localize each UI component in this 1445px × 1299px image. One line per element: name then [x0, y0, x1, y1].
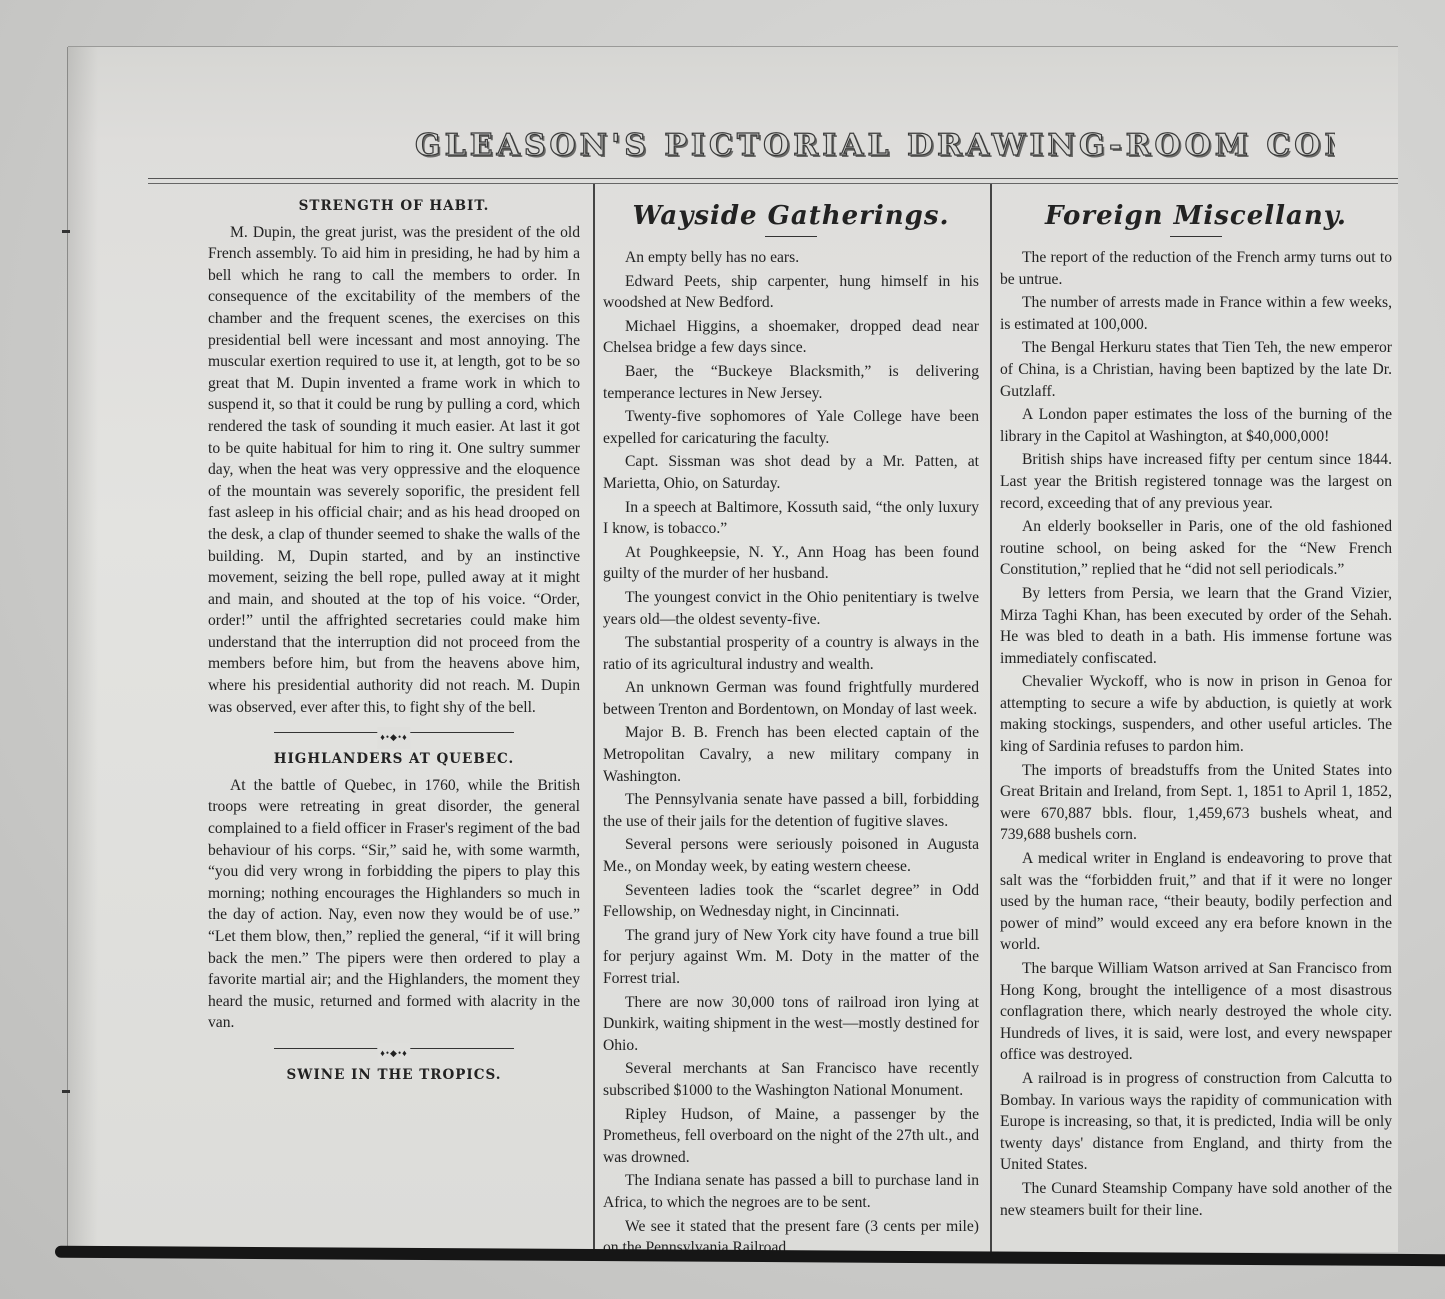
- news-item: Several persons were seriously poisoned …: [603, 834, 979, 877]
- ornamental-divider: ♦•◆•♦: [274, 1048, 514, 1055]
- ornamental-divider: ♦•◆•♦: [274, 732, 514, 739]
- column-middle: Wayside Gatherings. An empty belly has n…: [603, 200, 979, 1261]
- news-item: Michael Higgins, a shoemaker, dropped de…: [603, 316, 979, 359]
- ornament-icon: ♦•◆•♦: [377, 1043, 410, 1065]
- title-underline: [1170, 236, 1222, 237]
- news-item: An empty belly has no ears.: [603, 247, 979, 269]
- section-title: Foreign Miscellany.: [1000, 200, 1392, 232]
- news-item: Ripley Hudson, of Maine, a passenger by …: [603, 1104, 979, 1169]
- torn-edge-mark: [62, 230, 70, 233]
- news-item: Several merchants at San Francisco have …: [603, 1058, 979, 1101]
- news-item: A medical writer in England is endeavori…: [1000, 848, 1392, 956]
- column-divider: [990, 184, 992, 1254]
- news-item: By letters from Persia, we learn that th…: [1000, 583, 1392, 669]
- news-item: A London paper estimates the loss of the…: [1000, 404, 1392, 447]
- article-heading: HIGHLANDERS AT QUEBEC.: [208, 749, 580, 771]
- news-item: An unknown German was found frightfully …: [603, 677, 979, 720]
- title-underline: [765, 236, 817, 237]
- column-right: Foreign Miscellany. The report of the re…: [1000, 200, 1392, 1223]
- news-item: Seventeen ladies took the “scarlet degre…: [603, 880, 979, 923]
- section-title: Wayside Gatherings.: [603, 200, 979, 232]
- news-item: The barque William Watson arrived at San…: [1000, 958, 1392, 1066]
- article-paragraph: At the battle of Quebec, in 1760, while …: [208, 775, 580, 1034]
- column-left: STRENGTH OF HABIT. M. Dupin, the great j…: [208, 192, 580, 1091]
- masthead-title: GLEASON'S PICTORIAL DRAWING-ROOM COMPA: [415, 128, 1335, 163]
- masthead-double-rule: [148, 178, 1398, 184]
- news-item: In a speech at Baltimore, Kossuth said, …: [603, 497, 979, 540]
- article-heading: SWINE IN THE TROPICS.: [208, 1065, 580, 1087]
- news-item: The number of arrests made in France wit…: [1000, 292, 1392, 335]
- column-divider: [593, 184, 595, 1254]
- news-item: British ships have increased fifty per c…: [1000, 449, 1392, 514]
- article-paragraph: M. Dupin, the great jurist, was the pres…: [208, 222, 580, 719]
- news-item: The grand jury of New York city have fou…: [603, 925, 979, 990]
- ornament-icon: ♦•◆•♦: [377, 727, 410, 749]
- news-item: Edward Peets, ship carpenter, hung himse…: [603, 271, 979, 314]
- news-item: The substantial prosperity of a country …: [603, 632, 979, 675]
- news-item: The report of the reduction of the Frenc…: [1000, 247, 1392, 290]
- news-item: The Bengal Herkuru states that Tien Teh,…: [1000, 337, 1392, 402]
- news-item: The Indiana senate has passed a bill to …: [603, 1170, 979, 1213]
- news-item: A railroad is in progress of constructio…: [1000, 1068, 1392, 1176]
- news-item: Twenty-five sophomores of Yale College h…: [603, 406, 979, 449]
- news-item: The imports of breadstuffs from the Unit…: [1000, 760, 1392, 846]
- news-item: The youngest convict in the Ohio peniten…: [603, 587, 979, 630]
- torn-edge-mark: [62, 1090, 70, 1093]
- news-item: At Poughkeepsie, N. Y., Ann Hoag has bee…: [603, 542, 979, 585]
- news-item: Baer, the “Buckeye Blacksmith,” is deliv…: [603, 361, 979, 404]
- article-heading: STRENGTH OF HABIT.: [208, 196, 580, 218]
- news-item: Major B. B. French has been elected capt…: [603, 722, 979, 787]
- news-item: There are now 30,000 tons of railroad ir…: [603, 992, 979, 1057]
- news-item: An elderly bookseller in Paris, one of t…: [1000, 516, 1392, 581]
- news-item: Chevalier Wyckoff, who is now in prison …: [1000, 671, 1392, 757]
- news-item: The Cunard Steamship Company have sold a…: [1000, 1178, 1392, 1221]
- news-item: Capt. Sissman was shot dead by a Mr. Pat…: [603, 451, 979, 494]
- news-item: The Pennsylvania senate have passed a bi…: [603, 789, 979, 832]
